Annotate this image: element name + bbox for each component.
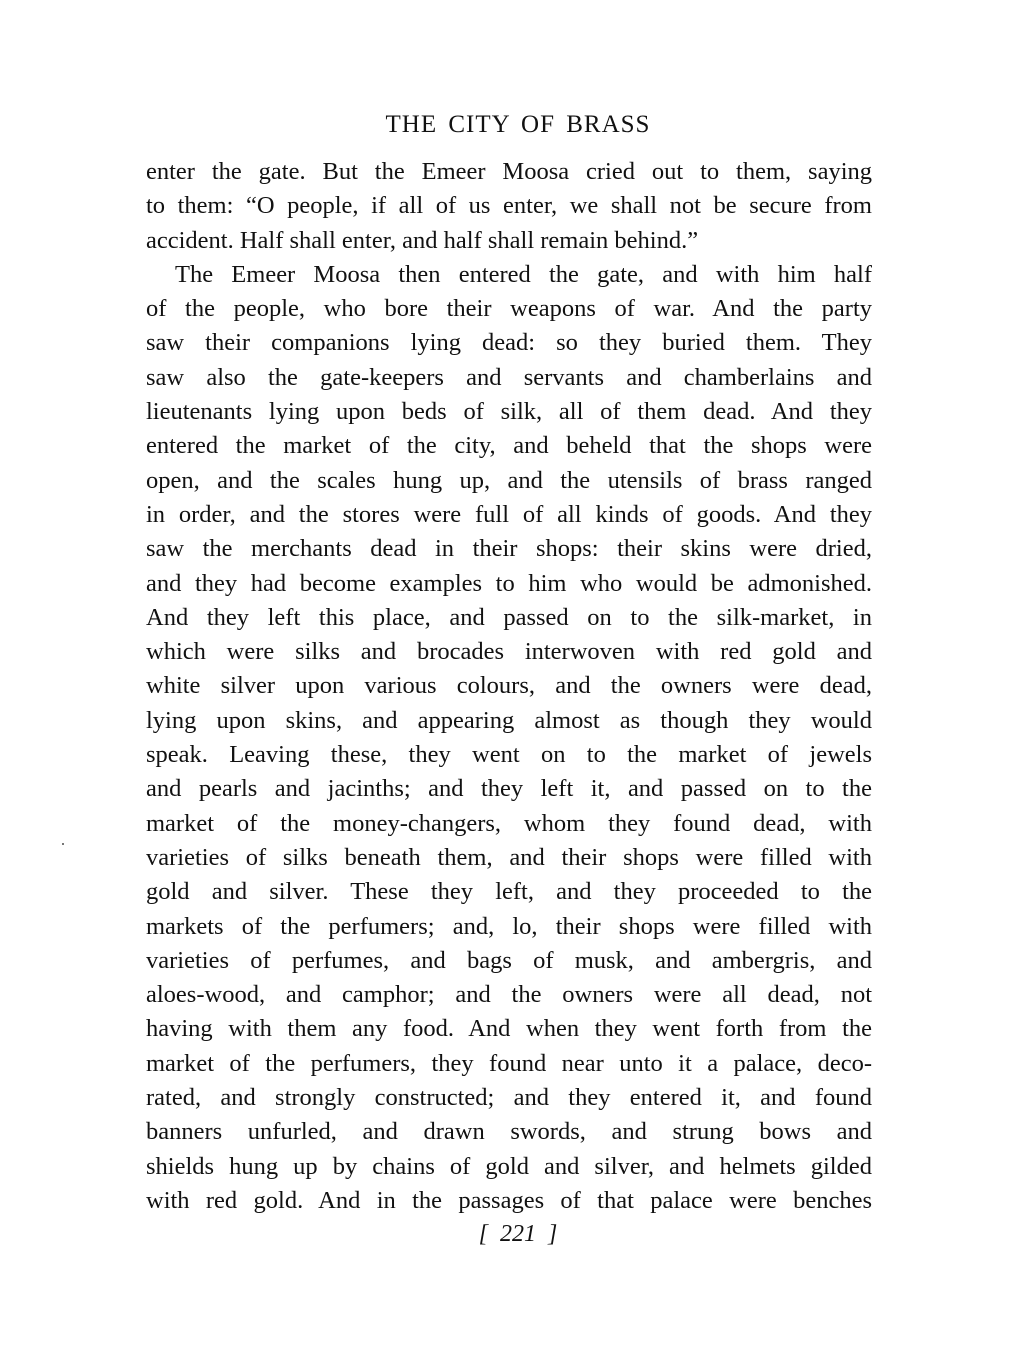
text-line: lieutenants lying upon beds of silk, all… — [146, 395, 872, 429]
text-line: lying upon skins, and appearing almost a… — [146, 704, 872, 738]
page-number: [ 221 ] — [0, 1219, 1036, 1249]
text-line: speak. Leaving these, they went on to th… — [146, 738, 872, 772]
text-line: with red gold. And in the passages of th… — [146, 1184, 872, 1218]
book-page: THE CITY OF BRASS enter the gate. But th… — [0, 0, 1036, 1372]
text-line: which were silks and brocades interwoven… — [146, 635, 872, 669]
body-text: enter the gate. But the Emeer Moosa crie… — [146, 155, 872, 1287]
text-line: entered the market of the city, and behe… — [146, 429, 872, 463]
text-line: in order, and the stores were full of al… — [146, 498, 872, 532]
paragraph-1: enter the gate. But the Emeer Moosa crie… — [146, 155, 872, 258]
text-line: open, and the scales hung up, and the ut… — [146, 464, 872, 498]
scan-speck — [62, 843, 64, 845]
text-line: varieties of perfumes, and bags of musk,… — [146, 944, 872, 978]
text-line: enter the gate. But the Emeer Moosa crie… — [146, 155, 872, 189]
text-line: white silver upon various colours, and t… — [146, 669, 872, 703]
text-line: of the people, who bore their weapons of… — [146, 292, 872, 326]
text-line: saw the merchants dead in their shops: t… — [146, 532, 872, 566]
paragraph-2: The Emeer Moosa then entered the gate, a… — [146, 258, 872, 1287]
text-line: market of the perfumers, they found near… — [146, 1047, 872, 1081]
text-line: saw their companions lying dead: so they… — [146, 326, 872, 360]
text-line: And they left this place, and passed on … — [146, 601, 872, 635]
text-line: varieties of silks beneath them, and the… — [146, 841, 872, 875]
text-line: rated, and strongly constructed; and the… — [146, 1081, 872, 1115]
text-line: gold and silver. These they left, and th… — [146, 875, 872, 909]
text-line: accident. Half shall enter, and half sha… — [146, 224, 872, 258]
text-line: market of the money-changers, whom they … — [146, 807, 872, 841]
text-line: to them: “O people, if all of us enter, … — [146, 189, 872, 223]
text-line: aloes-wood, and camphor; and the owners … — [146, 978, 872, 1012]
text-line — [146, 1253, 872, 1287]
text-line: shields hung up by chains of gold and si… — [146, 1150, 872, 1184]
text-line: banners unfurled, and drawn swords, and … — [146, 1115, 872, 1149]
text-line: saw also the gate-keepers and servants a… — [146, 361, 872, 395]
running-head: THE CITY OF BRASS — [0, 108, 1036, 142]
text-line: and they had become examples to him who … — [146, 567, 872, 601]
text-line: markets of the perfumers; and, lo, their… — [146, 910, 872, 944]
text-line: and pearls and jacinths; and they left i… — [146, 772, 872, 806]
text-line: having with them any food. And when they… — [146, 1012, 872, 1046]
text-line: The Emeer Moosa then entered the gate, a… — [146, 258, 872, 292]
